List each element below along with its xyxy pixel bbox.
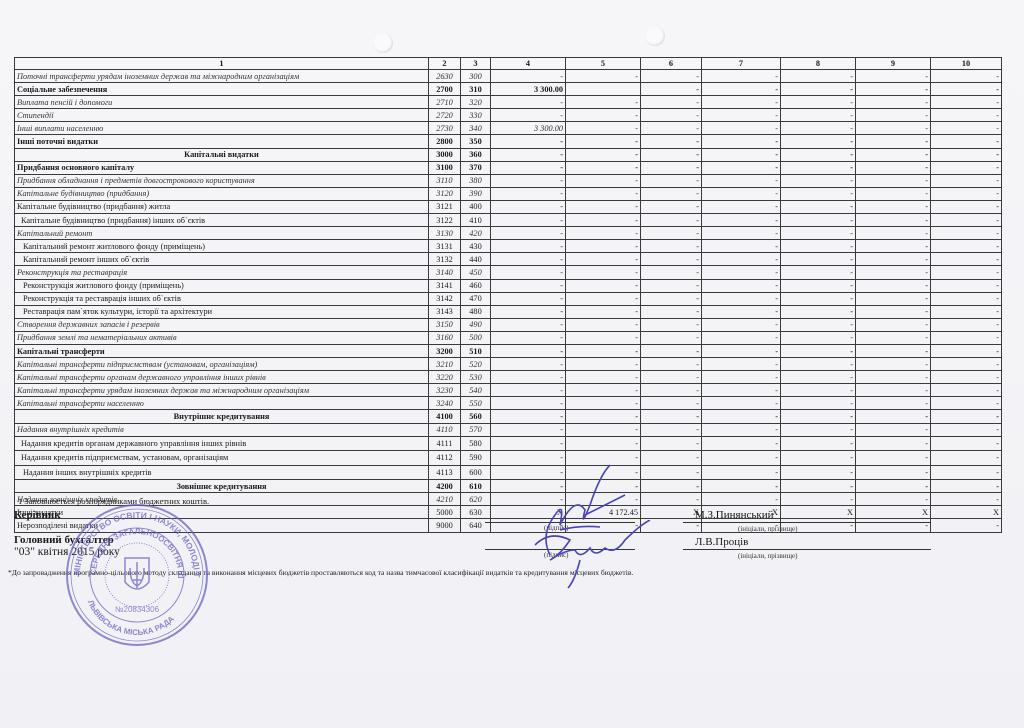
table-row: Стипендії2720330------- — [15, 109, 1002, 122]
kekv-code: 4100 — [429, 410, 461, 423]
amount-cell: - — [856, 227, 931, 240]
amount-cell: - — [491, 371, 566, 384]
amount-cell: - — [931, 83, 1002, 96]
row-label: Капітальні трансферти урядам іноземних д… — [15, 384, 429, 397]
table-row: Капітальне будівництво (придбання)312039… — [15, 187, 1002, 200]
kekv-code: 4210 — [429, 493, 461, 506]
amount-cell: - — [931, 109, 1002, 122]
amount-cell: - — [856, 174, 931, 187]
header-cell: 1 — [15, 58, 429, 70]
amount-cell: - — [702, 135, 781, 148]
amount-cell: - — [566, 161, 641, 174]
amount-cell: - — [931, 480, 1002, 493]
amount-cell: - — [566, 174, 641, 187]
amount-cell: - — [491, 253, 566, 266]
header-cell: 4 — [491, 58, 566, 70]
amount-cell: - — [491, 227, 566, 240]
row-label: Надання інших внутрішніх кредитів — [15, 465, 429, 480]
row-label: Інші поточні видатки — [15, 135, 429, 148]
line-code: 430 — [461, 240, 491, 253]
table-row: Внутрішнє кредитування4100560------- — [15, 410, 1002, 423]
amount-cell: - — [641, 200, 702, 213]
amount-cell: - — [491, 96, 566, 109]
row-label: Капітальний ремонт житлового фонду (прим… — [15, 240, 429, 253]
amount-cell: - — [702, 480, 781, 493]
head-name-line — [683, 522, 931, 523]
amount-cell: - — [566, 148, 641, 161]
amount-cell: - — [566, 331, 641, 344]
table-row: Капітальне будівництво (придбання) житла… — [15, 200, 1002, 213]
amount-cell: - — [931, 371, 1002, 384]
table-row: Капітальні видатки3000360------- — [15, 148, 1002, 161]
amount-cell: - — [856, 161, 931, 174]
row-label: Капітальне будівництво (придбання) інших… — [15, 214, 429, 227]
amount-cell: - — [702, 240, 781, 253]
amount-cell: - — [702, 384, 781, 397]
amount-cell: - — [931, 279, 1002, 292]
initials-caption: (ініціали, прізвище) — [738, 552, 797, 560]
amount-cell: - — [781, 305, 856, 318]
kekv-code: 9000 — [429, 519, 461, 532]
amount-cell: - — [856, 96, 931, 109]
table-row: Соціальне забезпечення27003103 300.00---… — [15, 83, 1002, 96]
table-row: Придбання землі та нематеріальних активі… — [15, 331, 1002, 344]
table-row: Створення державних запасів і резервів31… — [15, 318, 1002, 331]
amount-cell: - — [781, 371, 856, 384]
amount-cell: - — [566, 253, 641, 266]
kekv-code: 4113 — [429, 465, 461, 480]
kekv-code: 2800 — [429, 135, 461, 148]
amount-cell: - — [781, 148, 856, 161]
amount-cell: - — [641, 384, 702, 397]
amount-cell: - — [702, 292, 781, 305]
amount-cell: - — [931, 519, 1002, 532]
amount-cell: - — [931, 397, 1002, 410]
amount-cell: - — [931, 436, 1002, 451]
kekv-code: 3130 — [429, 227, 461, 240]
amount-cell: - — [781, 70, 856, 83]
amount-cell: - — [781, 451, 856, 466]
amount-cell: - — [641, 305, 702, 318]
line-code: 510 — [461, 344, 491, 357]
amount-cell: - — [856, 253, 931, 266]
amount-cell: - — [702, 358, 781, 371]
amount-cell: - — [931, 266, 1002, 279]
amount-cell: - — [491, 187, 566, 200]
table-row: Придбання основного капіталу3100370-----… — [15, 161, 1002, 174]
kekv-code: 3131 — [429, 240, 461, 253]
amount-cell: - — [781, 493, 856, 506]
amount-cell: - — [491, 397, 566, 410]
amount-cell: - — [641, 292, 702, 305]
header-cell: 6 — [641, 58, 702, 70]
amount-cell: - — [856, 200, 931, 213]
amount-cell: - — [931, 148, 1002, 161]
amount-cell: X — [856, 506, 931, 519]
line-code: 300 — [461, 70, 491, 83]
amount-cell: - — [641, 253, 702, 266]
amount-cell: - — [702, 371, 781, 384]
kekv-code: 4111 — [429, 436, 461, 451]
amount-cell: - — [702, 397, 781, 410]
row-label: Поточні трансферти урядам іноземних держ… — [15, 70, 429, 83]
amount-cell: - — [566, 266, 641, 279]
amount-cell: - — [781, 83, 856, 96]
row-label: Надання кредитів підприємствам, установа… — [15, 451, 429, 466]
kekv-code: 3230 — [429, 384, 461, 397]
kekv-code: 3220 — [429, 371, 461, 384]
amount-cell: - — [781, 344, 856, 357]
amount-cell: - — [566, 279, 641, 292]
amount-cell: - — [856, 465, 931, 480]
kekv-code: 4110 — [429, 423, 461, 436]
table-row: Капітальні трансферти населенню3240550--… — [15, 397, 1002, 410]
row-label: Капітальне будівництво (придбання) житла — [15, 200, 429, 213]
kekv-code: 5000 — [429, 506, 461, 519]
table-row: Зовнішнє кредитування4200610------- — [15, 480, 1002, 493]
header-cell: 3 — [461, 58, 491, 70]
line-code: 320 — [461, 96, 491, 109]
amount-cell: - — [931, 358, 1002, 371]
kekv-code: 3150 — [429, 318, 461, 331]
line-code: 440 — [461, 253, 491, 266]
amount-cell: - — [781, 397, 856, 410]
amount-cell: - — [641, 227, 702, 240]
amount-cell: - — [856, 83, 931, 96]
amount-cell: - — [641, 410, 702, 423]
table-row: Реставрація пам`яток культури, історії т… — [15, 305, 1002, 318]
kekv-code: 3210 — [429, 358, 461, 371]
line-code: 570 — [461, 423, 491, 436]
amount-cell: - — [856, 423, 931, 436]
amount-cell: - — [491, 214, 566, 227]
line-code: 390 — [461, 187, 491, 200]
amount-cell: - — [856, 371, 931, 384]
amount-cell: - — [702, 279, 781, 292]
line-code: 470 — [461, 292, 491, 305]
amount-cell: - — [702, 96, 781, 109]
amount-cell: - — [566, 240, 641, 253]
amount-cell: - — [702, 331, 781, 344]
punch-hole — [645, 26, 665, 46]
amount-cell: - — [641, 187, 702, 200]
kekv-code: 3000 — [429, 148, 461, 161]
amount-cell: - — [856, 135, 931, 148]
amount-cell: - — [491, 305, 566, 318]
amount-cell: - — [856, 70, 931, 83]
table-row: Надання кредитів органам державного упра… — [15, 436, 1002, 451]
punch-hole — [373, 33, 393, 53]
amount-cell: - — [781, 96, 856, 109]
amount-cell: - — [491, 174, 566, 187]
table-row: Реконструкція житлового фонду (приміщень… — [15, 279, 1002, 292]
amount-cell: - — [641, 122, 702, 135]
amount-cell: - — [491, 358, 566, 371]
amount-cell: - — [641, 266, 702, 279]
amount-cell: - — [491, 410, 566, 423]
amount-cell: - — [566, 397, 641, 410]
amount-cell: - — [566, 371, 641, 384]
amount-cell: - — [931, 305, 1002, 318]
table-row: Інші поточні видатки2800350------- — [15, 135, 1002, 148]
row-label: Інші виплати населенню — [15, 122, 429, 135]
amount-cell: - — [641, 318, 702, 331]
amount-cell: - — [641, 70, 702, 83]
amount-cell: - — [702, 214, 781, 227]
amount-cell: - — [781, 200, 856, 213]
row-label: Капітальні трансферти органам державного… — [15, 371, 429, 384]
amount-cell: - — [491, 318, 566, 331]
amount-cell: - — [856, 214, 931, 227]
accountant-name-line — [683, 549, 931, 550]
amount-cell: - — [856, 358, 931, 371]
accountant-signature-icon — [520, 520, 660, 590]
kekv-code: 3200 — [429, 344, 461, 357]
amount-cell: - — [702, 83, 781, 96]
amount-cell: - — [702, 70, 781, 83]
amount-cell: - — [702, 465, 781, 480]
amount-cell: - — [641, 161, 702, 174]
amount-cell: - — [641, 358, 702, 371]
header-cell: 9 — [856, 58, 931, 70]
amount-cell: - — [931, 410, 1002, 423]
amount-cell: - — [702, 344, 781, 357]
amount-cell: - — [702, 493, 781, 506]
amount-cell: - — [856, 187, 931, 200]
amount-cell: - — [702, 305, 781, 318]
amount-cell: - — [931, 318, 1002, 331]
amount-cell: - — [491, 279, 566, 292]
amount-cell: - — [566, 410, 641, 423]
amount-cell: - — [641, 174, 702, 187]
amount-cell: - — [702, 451, 781, 466]
amount-cell: - — [781, 436, 856, 451]
amount-cell: - — [856, 122, 931, 135]
table-row: Реконструкція та реставрація3140450-----… — [15, 266, 1002, 279]
amount-cell: - — [566, 423, 641, 436]
amount-cell: - — [856, 384, 931, 397]
table-row: Надання кредитів підприємствам, установа… — [15, 451, 1002, 466]
kekv-code: 3160 — [429, 331, 461, 344]
row-label: Капітальний ремонт — [15, 227, 429, 240]
amount-cell: - — [856, 148, 931, 161]
amount-cell: - — [781, 358, 856, 371]
amount-cell: - — [931, 161, 1002, 174]
table-row: Реконструкція та реставрація інших об`єк… — [15, 292, 1002, 305]
row-label: Придбання обладнання і предметів довгост… — [15, 174, 429, 187]
amount-cell: - — [566, 70, 641, 83]
line-code: 380 — [461, 174, 491, 187]
amount-cell: - — [491, 384, 566, 397]
amount-cell: - — [641, 240, 702, 253]
amount-cell: - — [856, 397, 931, 410]
amount-cell: - — [856, 480, 931, 493]
header-cell: 2 — [429, 58, 461, 70]
amount-cell: - — [702, 187, 781, 200]
row-label: Капітальне будівництво (придбання) — [15, 187, 429, 200]
amount-cell: - — [702, 200, 781, 213]
svg-text:№20834306: №20834306 — [115, 605, 160, 614]
amount-cell: - — [491, 344, 566, 357]
line-code: 620 — [461, 493, 491, 506]
kekv-code: 3120 — [429, 187, 461, 200]
line-code: 490 — [461, 318, 491, 331]
amount-cell: - — [491, 436, 566, 451]
amount-cell: - — [491, 266, 566, 279]
amount-cell: - — [931, 227, 1002, 240]
amount-cell: - — [931, 122, 1002, 135]
kekv-code: 3140 — [429, 266, 461, 279]
amount-cell: - — [566, 305, 641, 318]
row-label: Надання кредитів органам державного упра… — [15, 436, 429, 451]
table-row: Інші виплати населенню27303403 300.00---… — [15, 122, 1002, 135]
amount-cell: - — [781, 227, 856, 240]
kekv-code: 3240 — [429, 397, 461, 410]
row-label: Придбання основного капіталу — [15, 161, 429, 174]
amount-cell: 3 300.00 — [491, 122, 566, 135]
amount-cell: - — [931, 135, 1002, 148]
amount-cell: - — [566, 122, 641, 135]
line-code: 530 — [461, 371, 491, 384]
amount-cell: - — [641, 344, 702, 357]
amount-cell: - — [781, 465, 856, 480]
amount-cell: - — [781, 423, 856, 436]
amount-cell: - — [781, 253, 856, 266]
amount-cell: - — [856, 344, 931, 357]
table-row: Капітальні трансферти підприємствам (уст… — [15, 358, 1002, 371]
amount-cell: - — [641, 397, 702, 410]
table-row: Капітальний ремонт3130420------- — [15, 227, 1002, 240]
line-code: 610 — [461, 480, 491, 493]
amount-cell: - — [781, 214, 856, 227]
table-row: Капітальні трансферти урядам іноземних д… — [15, 384, 1002, 397]
amount-cell: - — [931, 344, 1002, 357]
line-code: 520 — [461, 358, 491, 371]
amount-cell: - — [702, 410, 781, 423]
kekv-code: 2630 — [429, 70, 461, 83]
amount-cell: - — [641, 96, 702, 109]
table-row: Надання внутрішніх кредитів4110570------… — [15, 423, 1002, 436]
head-name: М.З.Пинянський — [695, 509, 773, 521]
table-row: Надання інших внутрішніх кредитів4113600… — [15, 465, 1002, 480]
amount-cell: - — [856, 519, 931, 532]
amount-cell: - — [702, 109, 781, 122]
row-label: Реконструкція житлового фонду (приміщень… — [15, 279, 429, 292]
amount-cell: - — [781, 187, 856, 200]
amount-cell: - — [931, 465, 1002, 480]
amount-cell: - — [702, 266, 781, 279]
amount-cell: - — [702, 436, 781, 451]
amount-cell: - — [566, 200, 641, 213]
line-code: 590 — [461, 451, 491, 466]
amount-cell: - — [856, 451, 931, 466]
table-row: Капітальне будівництво (придбання) інших… — [15, 214, 1002, 227]
line-code: 480 — [461, 305, 491, 318]
kekv-code: 3121 — [429, 200, 461, 213]
kekv-code: 4200 — [429, 480, 461, 493]
head-label: Керівник — [14, 509, 61, 521]
row-label: Капітальні трансферти населенню — [15, 397, 429, 410]
header-cell: 5 — [566, 58, 641, 70]
amount-cell: - — [641, 214, 702, 227]
line-code: 500 — [461, 331, 491, 344]
amount-cell: - — [566, 109, 641, 122]
table-row: Придбання обладнання і предметів довгост… — [15, 174, 1002, 187]
amount-cell: - — [781, 384, 856, 397]
amount-cell: - — [931, 96, 1002, 109]
kekv-code: 3132 — [429, 253, 461, 266]
amount-cell: - — [566, 318, 641, 331]
amount-cell: - — [566, 96, 641, 109]
row-label: Реконструкція та реставрація інших об`єк… — [15, 292, 429, 305]
amount-cell: - — [641, 148, 702, 161]
amount-cell: - — [856, 266, 931, 279]
amount-cell: - — [491, 240, 566, 253]
amount-cell: - — [566, 436, 641, 451]
row-label: Соціальне забезпечення — [15, 83, 429, 96]
amount-cell: - — [856, 292, 931, 305]
initials-caption: (ініціали, прізвище) — [738, 525, 797, 533]
amount-cell: - — [931, 493, 1002, 506]
amount-cell: - — [641, 371, 702, 384]
amount-cell: - — [856, 305, 931, 318]
line-code: 560 — [461, 410, 491, 423]
amount-cell: - — [781, 480, 856, 493]
amount-cell: - — [931, 200, 1002, 213]
header-cell: 10 — [931, 58, 1002, 70]
table-row: Поточні трансферти урядам іноземних держ… — [15, 70, 1002, 83]
amount-cell: - — [491, 135, 566, 148]
kekv-code: 3110 — [429, 174, 461, 187]
line-code: 460 — [461, 279, 491, 292]
row-label: Виплата пенсій і допомоги — [15, 96, 429, 109]
amount-cell: - — [781, 240, 856, 253]
table-row: Капітальні трансферти3200510------- — [15, 344, 1002, 357]
line-code: 630 — [461, 506, 491, 519]
amount-cell: - — [641, 423, 702, 436]
amount-cell: - — [566, 214, 641, 227]
line-code: 360 — [461, 148, 491, 161]
amount-cell: - — [702, 161, 781, 174]
amount-cell: - — [641, 279, 702, 292]
amount-cell: - — [856, 410, 931, 423]
amount-cell: - — [931, 70, 1002, 83]
table-row: Виплата пенсій і допомоги2710320------- — [15, 96, 1002, 109]
amount-cell: - — [566, 384, 641, 397]
amount-cell: - — [856, 240, 931, 253]
amount-cell: - — [491, 423, 566, 436]
header-cell: 8 — [781, 58, 856, 70]
amount-cell: - — [702, 122, 781, 135]
amount-cell: - — [566, 358, 641, 371]
amount-cell: - — [491, 109, 566, 122]
amount-cell: - — [931, 384, 1002, 397]
official-stamp-icon: МІНІСТЕРСТВО ОСВІТИ І НАУКИ, МОЛОДІ ТА С… — [62, 500, 212, 650]
header-cell: 7 — [702, 58, 781, 70]
amount-cell: - — [931, 174, 1002, 187]
row-label: Капітальні трансферти — [15, 344, 429, 357]
amount-cell: - — [856, 109, 931, 122]
line-code: 410 — [461, 214, 491, 227]
kekv-code: 3141 — [429, 279, 461, 292]
kekv-code: 2720 — [429, 109, 461, 122]
kekv-code: 4112 — [429, 451, 461, 466]
row-label: Реставрація пам`яток культури, історії т… — [15, 305, 429, 318]
row-label: Капітальні трансферти підприємствам (уст… — [15, 358, 429, 371]
amount-cell: - — [702, 174, 781, 187]
amount-cell: - — [641, 331, 702, 344]
amount-cell: X — [931, 506, 1002, 519]
